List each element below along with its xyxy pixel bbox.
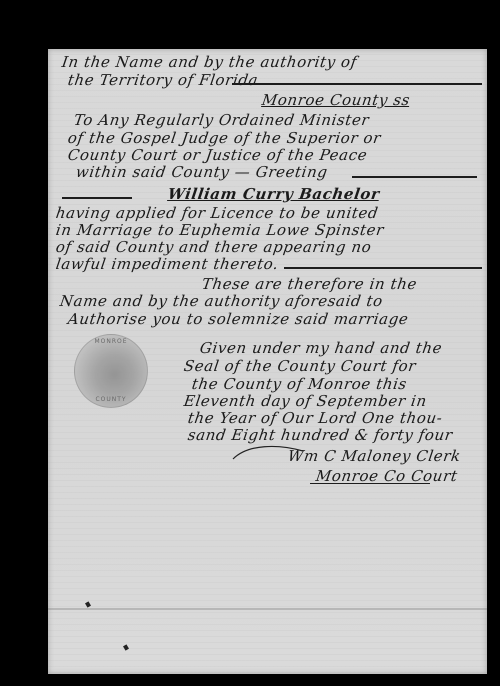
heading-line-2: the Territory of Florida	[67, 71, 260, 89]
body-line-1: having applied for Licence to be united	[55, 204, 380, 222]
heading-line-1: In the Name and by the authority of	[61, 53, 358, 71]
address-line-3: County Court or Justice of the Peace	[67, 146, 369, 164]
body-line-7: Authorise you to solemnize said marriage	[67, 310, 410, 328]
seal-bottom-text: COUNTY	[75, 396, 147, 403]
attest-line-2: Seal of the County Court for	[183, 357, 418, 375]
body-line-5: These are therefore in the	[201, 275, 419, 293]
address-line-4: within said County — Greeting	[75, 163, 329, 181]
body-line-2: in Marriage to Euphemia Lowe Spinster	[55, 221, 385, 239]
rule-line	[284, 267, 482, 269]
court-seal: MONROE COUNTY	[74, 334, 148, 408]
attest-line-5: the Year of Our Lord One thou-	[187, 409, 444, 427]
document-page: In the Name and by the authority of the …	[48, 49, 487, 674]
attest-line-3: the County of Monroe this	[191, 375, 408, 393]
county-name: Monroe County ss	[261, 91, 412, 109]
body-line-3: of said County and there appearing no	[55, 238, 373, 256]
address-line-1: To Any Regularly Ordained Minister	[73, 111, 371, 129]
fold-line	[48, 608, 487, 610]
address-line-2: of the Gospel Judge of the Superior or	[67, 129, 383, 147]
attest-line-1: Given under my hand and the	[199, 339, 444, 357]
rule-line	[62, 197, 132, 199]
body-line-4: lawful impediment thereto.	[55, 255, 280, 273]
attest-line-6: sand Eight hundred & forty four	[187, 426, 454, 444]
seal-top-text: MONROE	[75, 338, 147, 345]
rule-line	[310, 483, 430, 484]
rule-line	[352, 176, 477, 178]
clerk-signature: Wm C Maloney Clerk	[287, 447, 462, 465]
groom-name: William Curry Bachelor	[167, 185, 381, 203]
body-line-6: Name and by the authority aforesaid to	[59, 292, 384, 310]
rule-line	[232, 83, 482, 85]
attest-line-4: Eleventh day of September in	[183, 392, 428, 410]
